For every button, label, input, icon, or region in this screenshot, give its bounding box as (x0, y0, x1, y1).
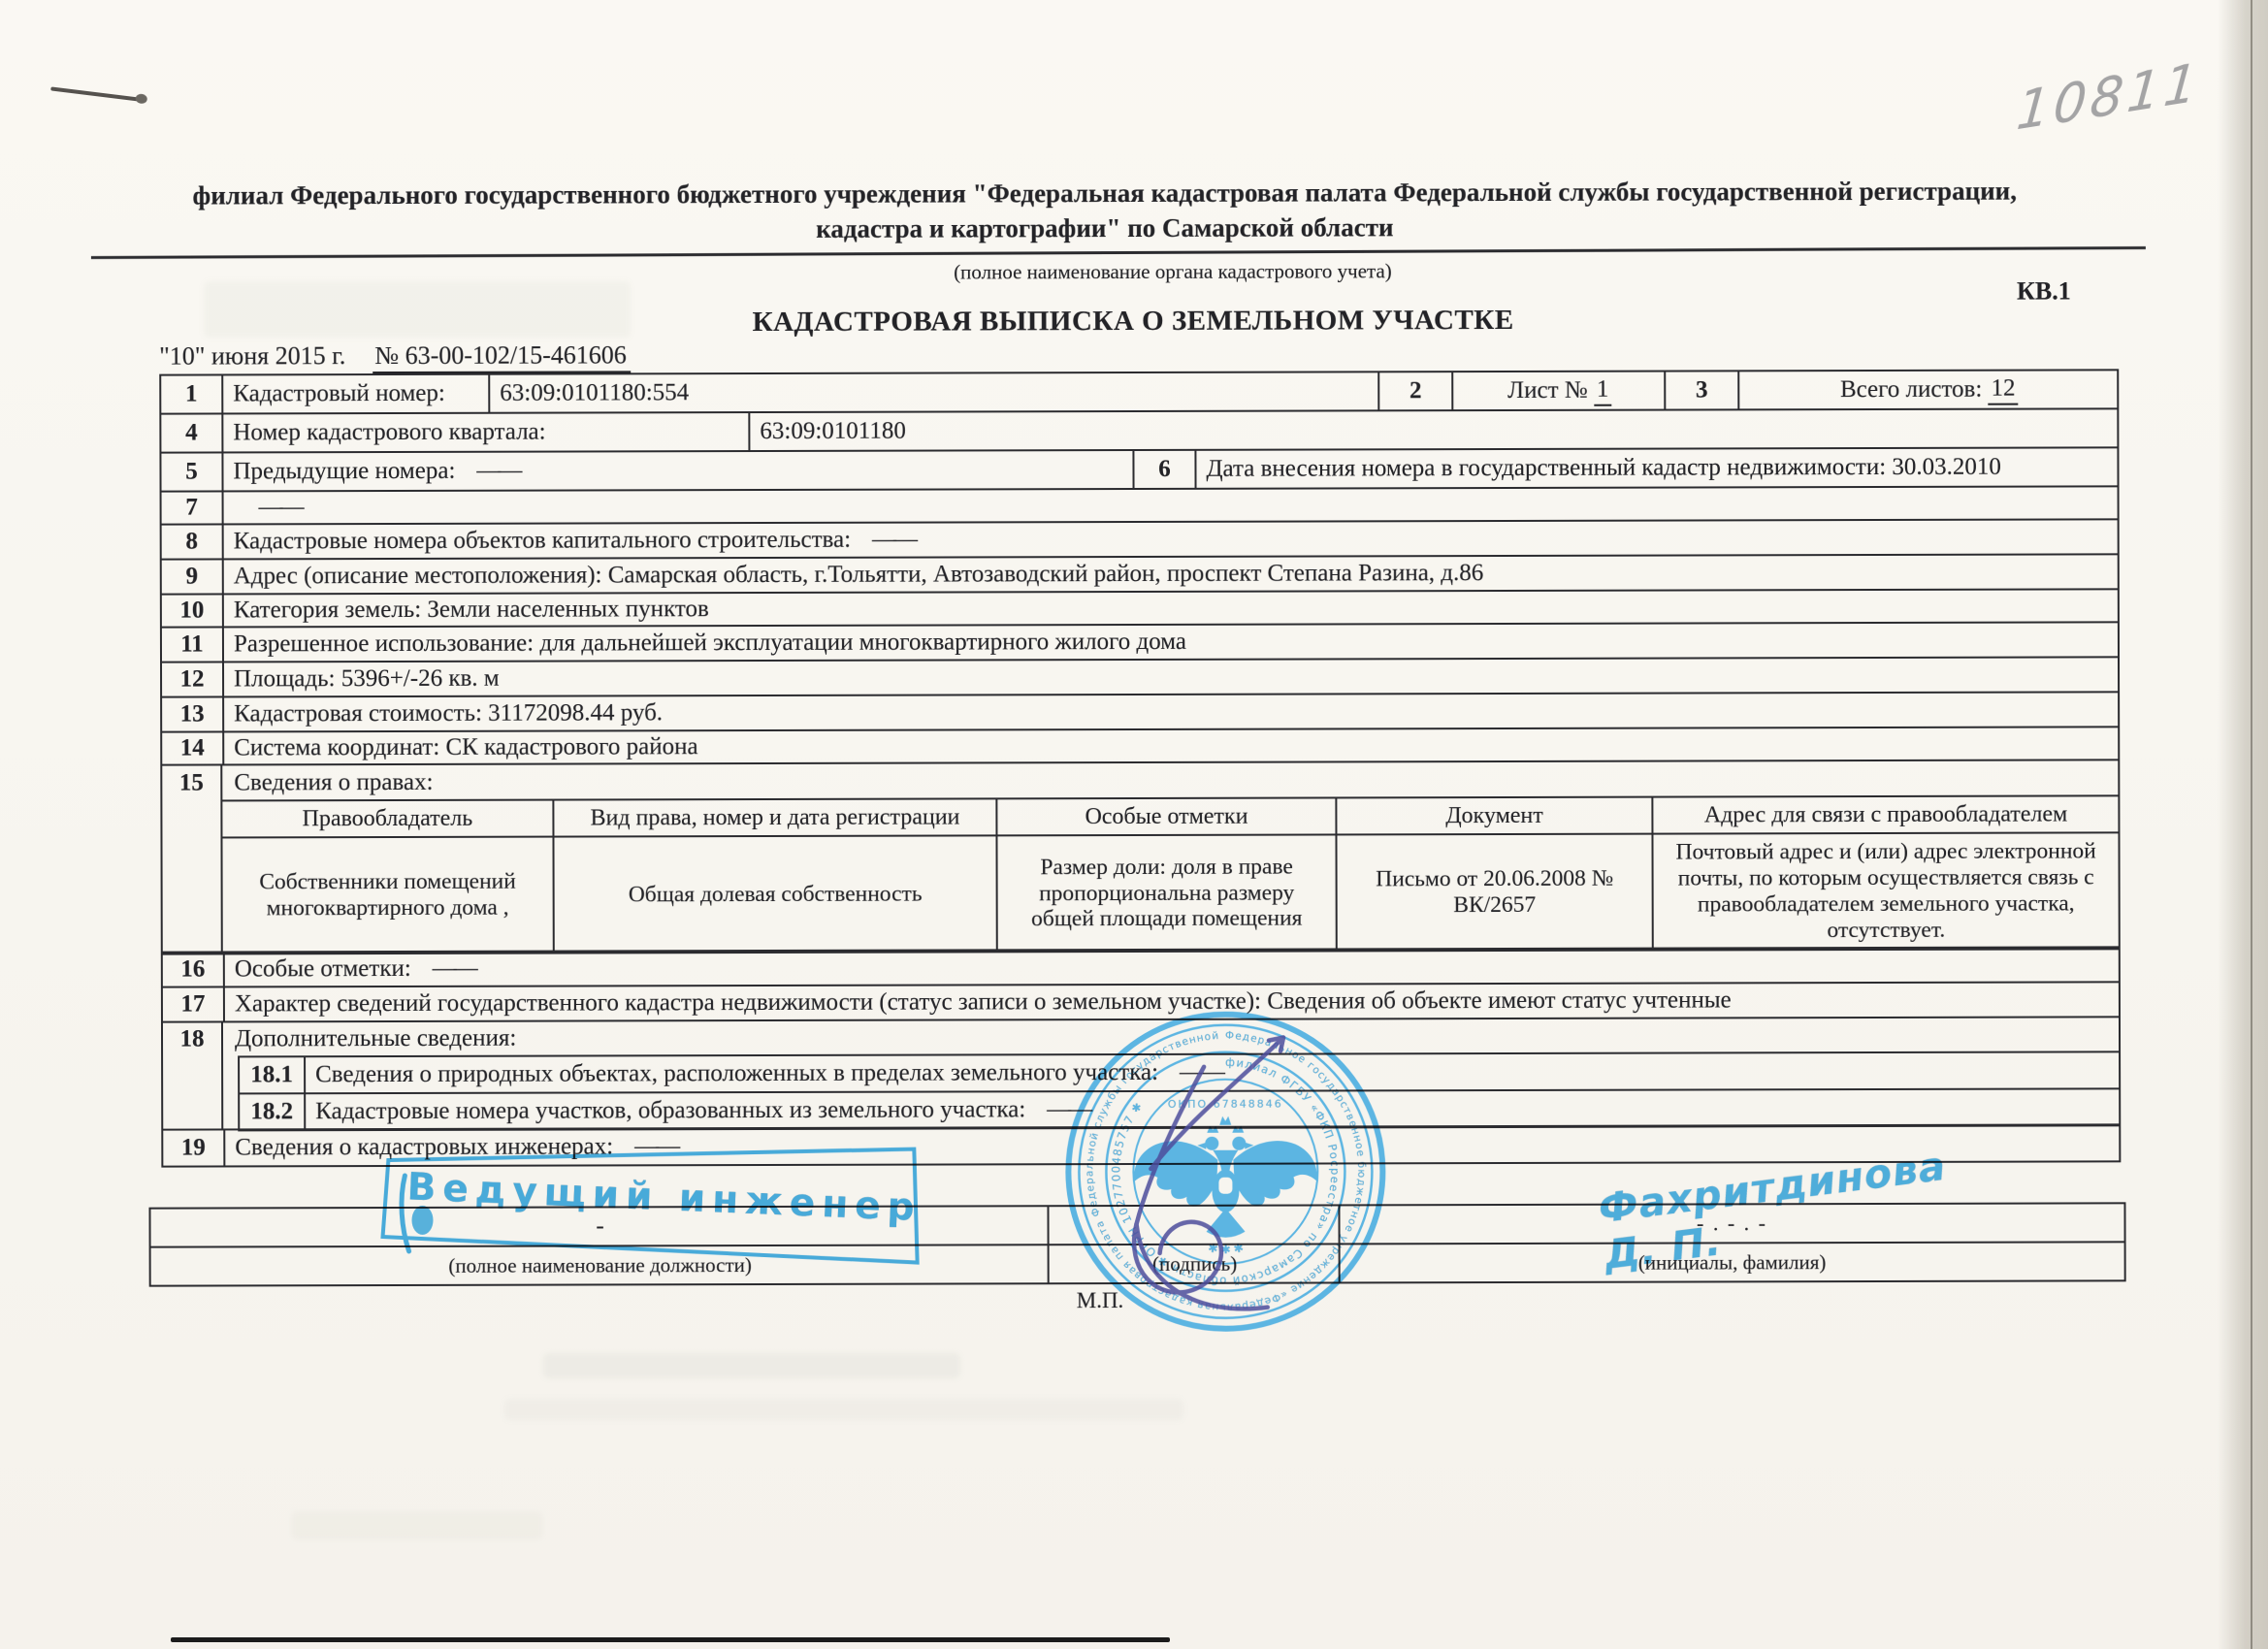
row-number: 18.1 (240, 1057, 306, 1092)
empty-value: —— (224, 487, 2118, 523)
row-number: 11 (162, 628, 224, 661)
row-number: 17 (163, 987, 225, 1020)
coordinate-system: Система координат: СК кадастрового район… (224, 727, 2118, 763)
position-stamp-text: Ведущий инженер (406, 1165, 923, 1230)
cadastral-value: Кадастровая стоимость: 31172098.44 руб. (224, 693, 2118, 730)
ink-blob (411, 1206, 433, 1235)
rights-header: Особые отметки (998, 798, 1336, 836)
scan-artifact (543, 1353, 960, 1378)
rights-value: Размер доли: доля в праве пропорциональн… (998, 835, 1336, 951)
document-number: № 63-00-102/15-461606 (373, 340, 631, 373)
additional-info-label: Дополнительные сведения: (235, 1025, 516, 1053)
quarter-number-label: Номер кадастрового квартала: (223, 413, 750, 451)
org-name-line1: филиал Федерального государственного бюд… (0, 176, 2211, 211)
row-number-2: 2 (1379, 372, 1453, 409)
rights-table: Правообладатель Собственники помещений м… (220, 794, 2120, 954)
rights-section-label: Сведения о правах: (234, 769, 433, 797)
row-number: 18 (163, 1022, 221, 1052)
row-number-3: 3 (1666, 372, 1739, 408)
rights-col-special-notes: Особые отметки Размер доли: доля в праве… (998, 798, 1338, 951)
previous-numbers: Предыдущие номера:—— (223, 451, 1134, 490)
rights-value: Собственники помещений многоквартирного … (222, 838, 552, 954)
rights-col-owner: Правообладатель Собственники помещений м… (222, 801, 554, 954)
row-number: 1 (161, 375, 223, 412)
row-number: 10 (162, 595, 224, 626)
empty-dash: —— (433, 955, 475, 983)
scan-edge-shadow (2218, 0, 2268, 1649)
scan-artifact (504, 1399, 1183, 1420)
scan-artifact (204, 281, 631, 338)
empty-dash: —— (476, 458, 519, 485)
total-sheets: Всего листов: 12 (1739, 371, 2117, 408)
rights-header: Вид права, номер и дата регистрации (554, 799, 995, 837)
cell-divider (1047, 1207, 1049, 1282)
row-number: 18.2 (240, 1094, 306, 1129)
row-number: 16 (163, 953, 225, 986)
special-notes: Особые отметки:—— (225, 948, 2119, 986)
date-and-number: "10" июня 2015 г.№ 63-00-102/15-461606 (159, 340, 631, 371)
row-number: 14 (162, 732, 224, 763)
quarter-number-value: 63:09:0101180 (750, 409, 2117, 450)
area: Площадь: 5396+/-26 кв. м (224, 658, 2118, 695)
address: Адрес (описание местоположения): Самарск… (224, 555, 2118, 593)
rights-value: Почтовый адрес и (или) адрес электронной… (1654, 833, 2119, 949)
column-divider (221, 1022, 223, 1129)
row-number: 9 (162, 560, 224, 593)
row-number: 15 (162, 765, 223, 953)
row-number: 19 (163, 1130, 225, 1165)
empty-dash: —— (872, 527, 915, 554)
rights-header: Документ (1337, 798, 1651, 836)
scan-bottom-edge (171, 1637, 1170, 1642)
row-number: 4 (161, 414, 223, 451)
org-name-underline (91, 246, 2146, 259)
rights-value: Письмо от 20.06.2008 № ВК/2657 (1337, 835, 1652, 951)
cadastral-number-value: 63:09:0101180:554 (490, 372, 1379, 411)
position-ink-stamp: Ведущий инженер (358, 1133, 951, 1334)
scan-edge-line (2251, 0, 2252, 1649)
row-number: 7 (162, 492, 224, 523)
sheet-number-value: 1 (1594, 375, 1612, 405)
rights-value: Общая долевая собственность (554, 836, 996, 952)
land-category: Категория земель: Земли населенных пункт… (224, 590, 2118, 626)
row-number: 13 (162, 697, 224, 730)
extract-date: "10" июня 2015 г. (159, 341, 345, 371)
row-number: 5 (161, 453, 223, 490)
table-row-15-rights: 15 Сведения о правах: Правообладатель Со… (160, 759, 2121, 954)
scan-artifact (291, 1511, 543, 1540)
rights-header: Правообладатель (222, 801, 552, 839)
capital-objects: Кадастровые номера объектов капитального… (224, 520, 2118, 558)
permitted-use: Разрешенное использование: для дальнейше… (224, 623, 2118, 661)
row-number-6: 6 (1134, 451, 1196, 488)
cadastral-number-label: Кадастровый номер: (223, 375, 490, 413)
rights-col-document: Документ Письмо от 20.06.2008 № ВК/2657 (1337, 798, 1654, 951)
gkn-entry-date: Дата внесения номера в государственный к… (1196, 448, 2117, 487)
org-name-line2: кадастра и картографии" по Самарской обл… (0, 210, 2211, 246)
form-code: КВ.1 (2017, 276, 2071, 306)
total-sheets-value: 12 (1989, 374, 2019, 404)
handwritten-signature (1068, 1008, 1379, 1339)
scanned-document-page: филиал Федерального государственного бюд… (0, 0, 2268, 1649)
rights-col-right-type: Вид права, номер и дата регистрации Обща… (554, 799, 998, 952)
row-number: 12 (162, 663, 224, 695)
row-number: 8 (162, 525, 224, 558)
sheet-number: Лист № 1 (1453, 372, 1666, 410)
rights-header: Адрес для связи с правообладателем (1654, 796, 2119, 834)
rights-col-contact-address: Адрес для связи с правообладателем Почто… (1654, 796, 2119, 949)
